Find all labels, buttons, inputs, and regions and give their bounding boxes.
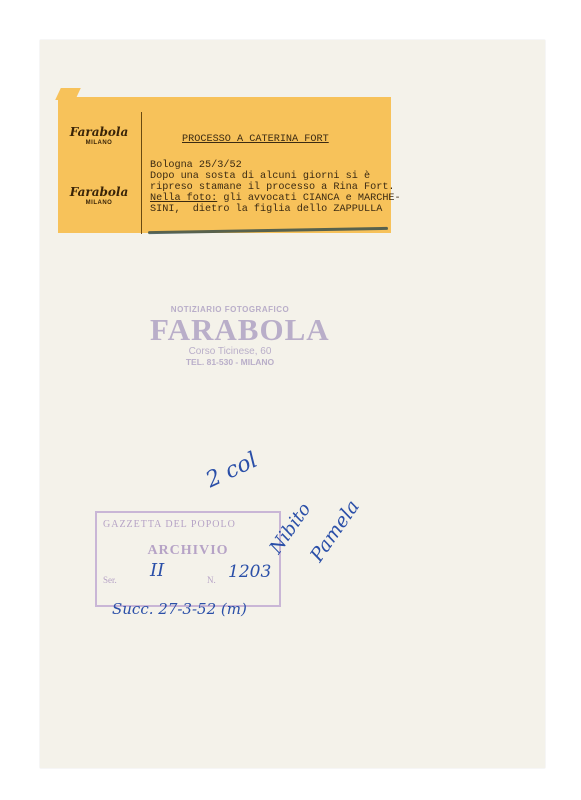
brand-city: MILANO (58, 140, 140, 146)
caption-body: Bologna 25/3/52Dopo una sosta di alcuni … (150, 160, 401, 215)
handwritten-series: II (150, 560, 164, 581)
caption-text: gli avvocati CIANCA e MARCHE- (217, 193, 400, 204)
ser-label: Ser. (103, 575, 117, 585)
handwritten-number: 1203 (228, 562, 271, 582)
caption-line: ripreso stamane il processo a Rina Fort. (150, 182, 401, 193)
stamp-line: GAZZETTA DEL POPOLO (103, 519, 236, 530)
caption-line: Dopo una sosta di alcuni giorni si è (150, 171, 401, 182)
agency-stamp: NOTIZIARIO FOTOGRAFICO FARABOLA Corso Ti… (150, 305, 310, 367)
n-label: N. (207, 575, 216, 585)
caption-line: Bologna 25/3/52 (150, 160, 401, 171)
brand-name: Farabola (58, 185, 140, 199)
caption-label-nella-foto: Nella foto: (150, 193, 217, 204)
brand-city: MILANO (58, 200, 140, 206)
stamp-line: TEL. 81-530 - MILANO (150, 357, 310, 367)
archive-stamp: GAZZETTA DEL POPOLO ARCHIVIO Ser. N. (95, 511, 281, 607)
stamp-line: Corso Ticinese, 60 (150, 346, 310, 357)
caption-title: PROCESSO A CATERINA FORT (182, 134, 329, 145)
brand-name: Farabola (58, 125, 140, 139)
handwritten-date: Succ. 27-3-52 (m) (112, 600, 247, 618)
caption-line: Nella foto: gli avvocati CIANCA e MARCHE… (150, 193, 401, 204)
label-divider (141, 112, 142, 234)
stamp-line: FARABOLA (150, 314, 310, 346)
brand-farabola-top: Farabola MILANO (58, 125, 140, 146)
brand-farabola-bottom: Farabola MILANO (58, 185, 140, 206)
stamp-line: ARCHIVIO (97, 543, 279, 559)
caption-line: SINI, dietro la figlia dello ZAPPULLA (150, 204, 401, 215)
